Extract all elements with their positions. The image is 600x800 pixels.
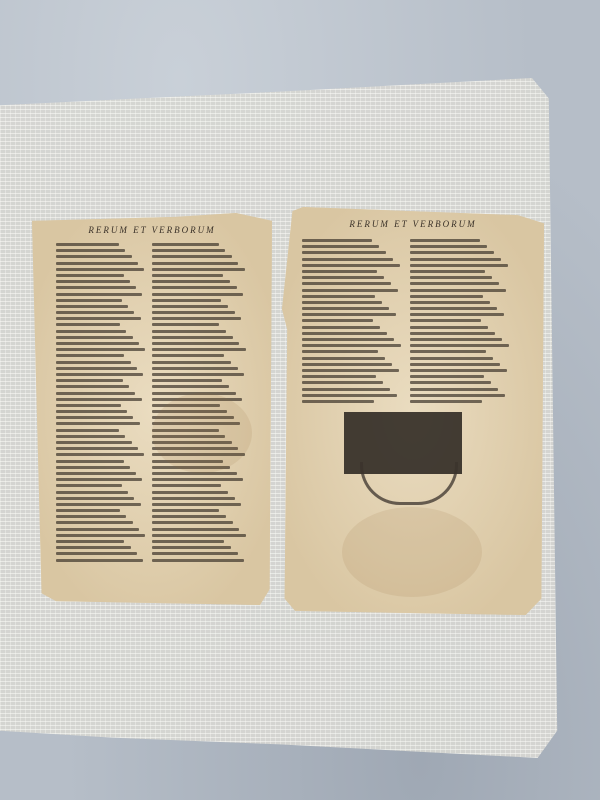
text-line bbox=[152, 274, 223, 277]
text-line bbox=[152, 497, 235, 500]
text-line bbox=[302, 400, 374, 403]
text-line bbox=[152, 484, 221, 487]
text-line bbox=[56, 379, 123, 382]
text-line bbox=[410, 270, 485, 273]
woodcut-ornament-scroll bbox=[360, 462, 458, 505]
text-line bbox=[410, 363, 500, 366]
text-line bbox=[56, 552, 137, 555]
text-line bbox=[410, 338, 502, 341]
paper-stain bbox=[152, 393, 252, 473]
text-line bbox=[56, 521, 133, 524]
text-line bbox=[410, 258, 501, 261]
text-line bbox=[152, 534, 246, 537]
text-line bbox=[302, 264, 400, 267]
text-line bbox=[410, 276, 492, 279]
text-line bbox=[152, 255, 232, 258]
text-line bbox=[56, 528, 139, 531]
text-line bbox=[56, 317, 141, 320]
text-line bbox=[410, 319, 481, 322]
text-line bbox=[410, 251, 494, 254]
text-line bbox=[410, 357, 493, 360]
text-line bbox=[302, 239, 372, 242]
text-line bbox=[302, 357, 385, 360]
text-line bbox=[302, 289, 398, 292]
text-line bbox=[56, 398, 142, 401]
text-line bbox=[152, 336, 233, 339]
text-line bbox=[56, 330, 126, 333]
text-line bbox=[302, 313, 396, 316]
text-line bbox=[56, 274, 124, 277]
text-line bbox=[56, 472, 136, 475]
text-line bbox=[56, 361, 131, 364]
text-line bbox=[56, 293, 142, 296]
text-line bbox=[56, 484, 122, 487]
text-line bbox=[410, 388, 498, 391]
left-page-header: RERUM ET VERBORUM bbox=[32, 225, 272, 235]
text-line bbox=[302, 276, 384, 279]
text-line bbox=[56, 422, 140, 425]
text-line bbox=[152, 354, 224, 357]
text-line bbox=[152, 503, 241, 506]
text-line bbox=[56, 323, 120, 326]
text-line bbox=[410, 332, 495, 335]
text-line bbox=[302, 301, 382, 304]
text-line bbox=[56, 354, 124, 357]
text-line bbox=[152, 521, 233, 524]
text-line bbox=[56, 311, 134, 314]
text-line bbox=[56, 392, 135, 395]
right-page-header: RERUM ET VERBORUM bbox=[282, 219, 544, 229]
text-line bbox=[302, 375, 376, 378]
left-page-column-1 bbox=[56, 243, 146, 565]
text-line bbox=[152, 546, 231, 549]
right-page-column-1 bbox=[302, 239, 402, 406]
text-line bbox=[302, 363, 392, 366]
text-line bbox=[152, 385, 229, 388]
right-page: RERUM ET VERBORUM bbox=[282, 207, 544, 615]
text-line bbox=[56, 243, 119, 246]
text-line bbox=[302, 326, 380, 329]
text-line bbox=[410, 264, 508, 267]
text-line bbox=[302, 270, 377, 273]
text-line bbox=[302, 295, 375, 298]
text-line bbox=[56, 262, 138, 265]
text-line bbox=[152, 342, 239, 345]
text-line bbox=[302, 282, 391, 285]
text-line bbox=[302, 307, 389, 310]
text-line bbox=[152, 478, 243, 481]
text-line bbox=[302, 344, 401, 347]
text-line bbox=[302, 381, 383, 384]
text-line bbox=[56, 503, 141, 506]
text-line bbox=[56, 441, 132, 444]
text-line bbox=[410, 375, 484, 378]
text-line bbox=[152, 293, 243, 296]
text-line bbox=[152, 299, 221, 302]
text-line bbox=[152, 528, 239, 531]
text-line bbox=[302, 338, 394, 341]
text-line bbox=[152, 373, 244, 376]
text-line bbox=[410, 350, 486, 353]
text-line bbox=[56, 466, 130, 469]
paper-stain bbox=[342, 507, 482, 597]
text-line bbox=[410, 301, 490, 304]
text-line bbox=[56, 534, 145, 537]
text-line bbox=[56, 305, 128, 308]
right-page-column-2 bbox=[410, 239, 510, 406]
text-line bbox=[152, 305, 228, 308]
text-line bbox=[410, 307, 497, 310]
text-line bbox=[152, 552, 238, 555]
text-line bbox=[56, 299, 122, 302]
text-line bbox=[410, 313, 504, 316]
text-line bbox=[152, 515, 226, 518]
text-line bbox=[56, 429, 119, 432]
text-line bbox=[56, 336, 133, 339]
text-line bbox=[56, 460, 124, 463]
text-line bbox=[302, 394, 397, 397]
text-line bbox=[56, 404, 121, 407]
text-line bbox=[56, 373, 143, 376]
text-line bbox=[410, 326, 488, 329]
text-line bbox=[152, 367, 238, 370]
text-line bbox=[56, 342, 139, 345]
text-line bbox=[56, 249, 125, 252]
text-line bbox=[152, 323, 219, 326]
text-line bbox=[302, 258, 393, 261]
text-line bbox=[56, 416, 133, 419]
text-line bbox=[302, 319, 373, 322]
text-line bbox=[152, 243, 219, 246]
text-line bbox=[56, 497, 134, 500]
text-line bbox=[152, 311, 235, 314]
text-line bbox=[410, 282, 499, 285]
text-line bbox=[410, 400, 482, 403]
text-line bbox=[152, 509, 219, 512]
text-line bbox=[56, 515, 126, 518]
text-line bbox=[56, 546, 131, 549]
text-line bbox=[410, 245, 487, 248]
text-line bbox=[56, 385, 129, 388]
text-line bbox=[152, 379, 222, 382]
text-line bbox=[302, 388, 390, 391]
text-line bbox=[56, 509, 120, 512]
text-line bbox=[152, 361, 231, 364]
text-line bbox=[410, 289, 506, 292]
text-line bbox=[302, 332, 387, 335]
text-line bbox=[56, 268, 144, 271]
text-line bbox=[152, 249, 225, 252]
text-line bbox=[56, 348, 145, 351]
text-line bbox=[152, 286, 237, 289]
text-line bbox=[302, 251, 386, 254]
text-line bbox=[152, 491, 228, 494]
left-page: RERUM ET VERBORUM bbox=[32, 213, 272, 605]
text-line bbox=[410, 344, 509, 347]
text-line bbox=[56, 447, 138, 450]
text-line bbox=[56, 286, 136, 289]
text-line bbox=[410, 369, 507, 372]
text-line bbox=[56, 435, 125, 438]
text-line bbox=[302, 350, 378, 353]
text-line bbox=[152, 262, 238, 265]
text-line bbox=[410, 394, 505, 397]
text-line bbox=[302, 369, 399, 372]
text-line bbox=[152, 540, 224, 543]
text-line bbox=[56, 453, 144, 456]
text-line bbox=[56, 491, 128, 494]
text-line bbox=[56, 478, 142, 481]
text-line bbox=[302, 245, 379, 248]
text-line bbox=[410, 239, 480, 242]
text-line bbox=[410, 381, 491, 384]
text-line bbox=[152, 348, 246, 351]
text-line bbox=[56, 367, 137, 370]
text-line bbox=[152, 317, 241, 320]
text-line bbox=[56, 255, 132, 258]
text-line bbox=[410, 295, 483, 298]
text-line bbox=[152, 559, 244, 562]
text-line bbox=[152, 268, 245, 271]
text-line bbox=[152, 280, 230, 283]
text-line bbox=[56, 559, 143, 562]
text-line bbox=[56, 280, 130, 283]
text-line bbox=[56, 540, 124, 543]
text-line bbox=[56, 410, 127, 413]
text-line bbox=[152, 330, 226, 333]
